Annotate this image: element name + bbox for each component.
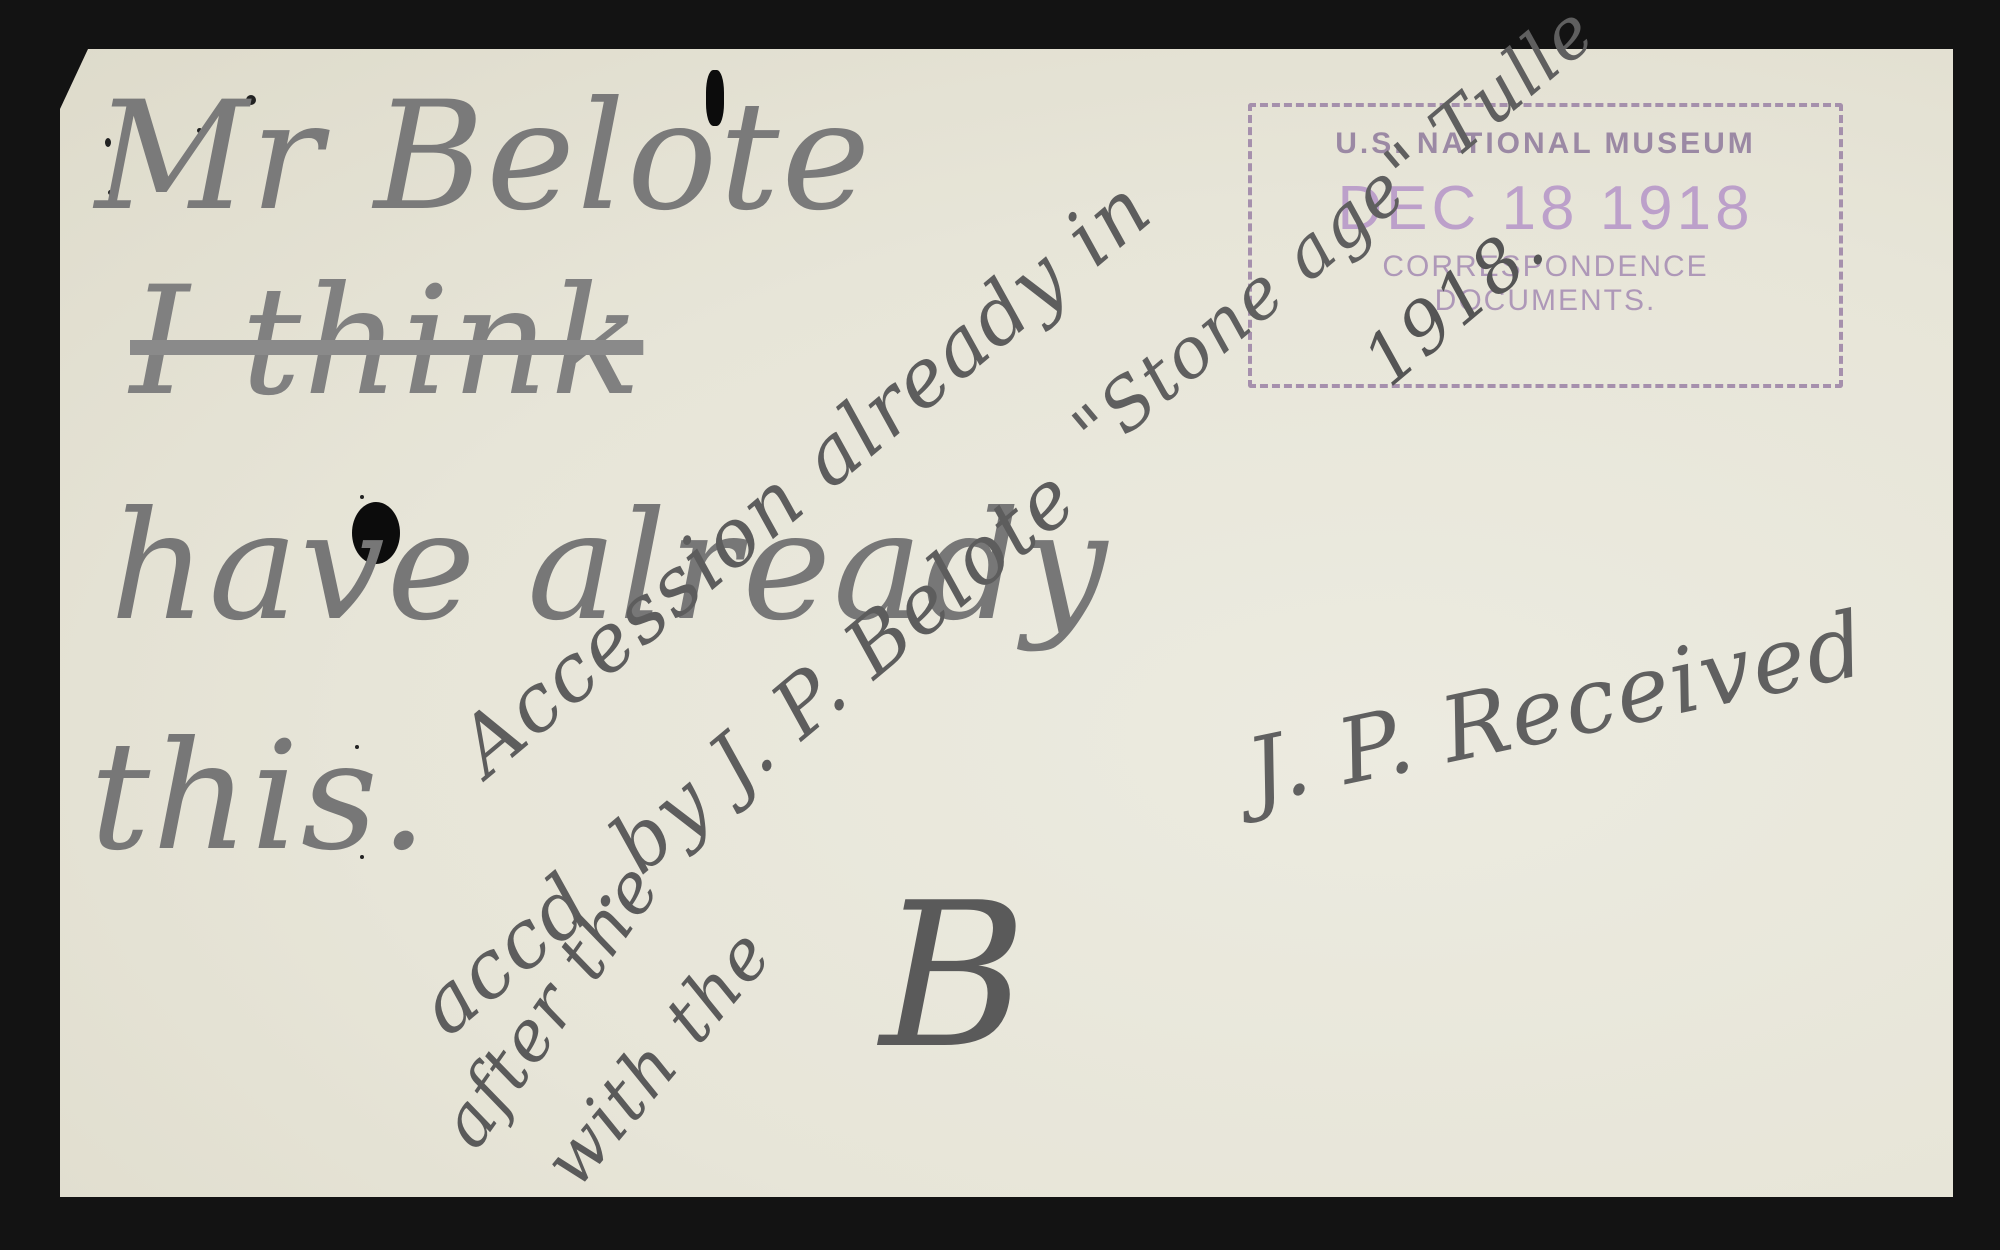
stamp-department-2: DOCUMENTS. [1252,284,1839,318]
note-line-1: Mr Belote [95,70,872,244]
note-line-2: I think [130,255,643,429]
note-line-4: this. [90,710,430,884]
stamp-institution: U.S. NATIONAL MUSEUM [1252,127,1839,161]
annotation-initial: B [880,860,1029,1093]
